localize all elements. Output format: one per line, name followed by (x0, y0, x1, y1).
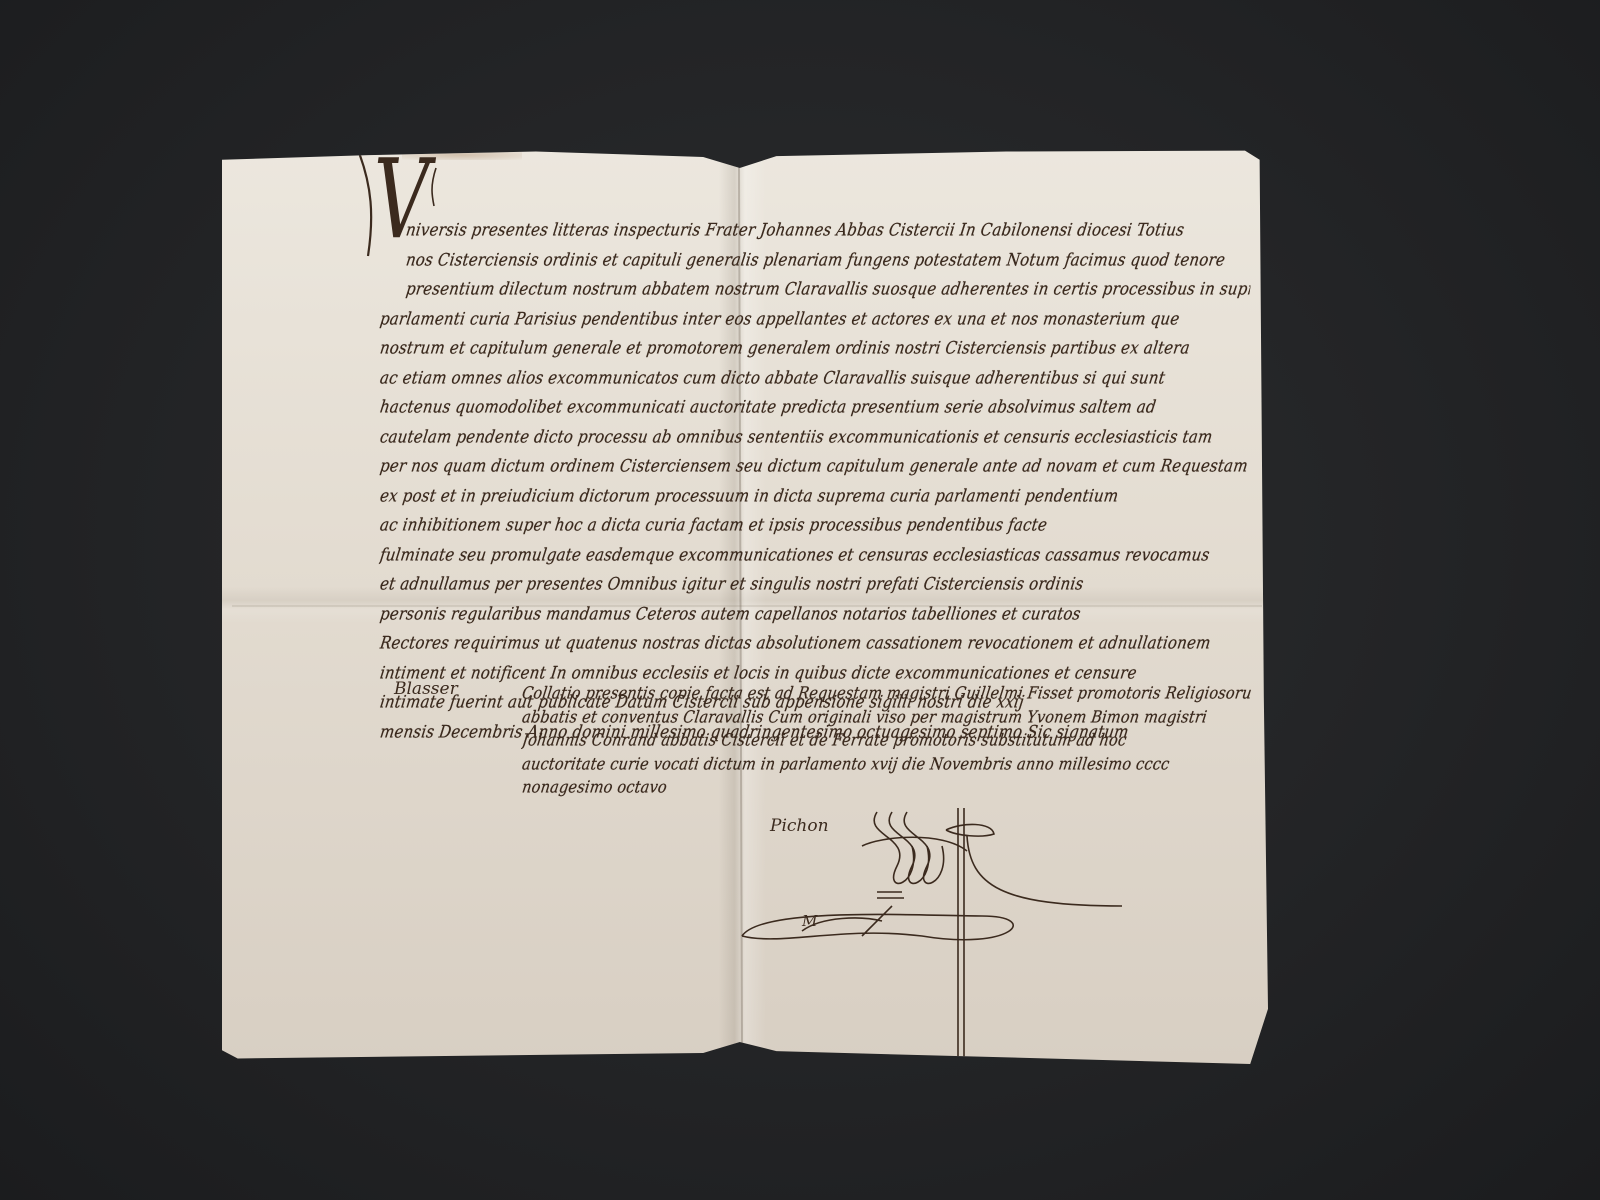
note-line: Collatio presentis copie facta est ad Re… (520, 681, 1254, 708)
text-line: hactenus quomodolibet excommunicati auct… (378, 391, 1253, 425)
note-line: Johannis Conrand abbatis Cistercii et de… (520, 728, 1254, 755)
text-line: Rectores requirimus ut quatenus nostras … (378, 627, 1253, 661)
text-line: presentium dilectum nostrum abbatem nost… (378, 273, 1253, 307)
manuscript-parchment: V niversis presentes litteras inspecturi… (222, 146, 1268, 1064)
text-line: nostrum et capitulum generale et promoto… (378, 332, 1253, 366)
text-line: ac inhibitionem super hoc a dicta curia … (378, 509, 1253, 543)
collation-note: Collatio presentis copie facta est ad Re… (522, 683, 1252, 801)
note-line: nonagesimo octavo (520, 775, 1254, 802)
text-line: et adnullamus per presentes Omnibus igit… (378, 568, 1253, 602)
text-line: niversis presentes litteras inspecturis … (378, 214, 1253, 248)
text-line: per nos quam dictum ordinem Cisterciense… (378, 450, 1253, 484)
signature-initial: M (802, 912, 817, 930)
marginal-signature: Blasser (394, 679, 458, 699)
manuscript-main-text: niversis presentes litteras inspecturis … (380, 216, 1250, 747)
signature-name: Pichon (770, 816, 829, 836)
